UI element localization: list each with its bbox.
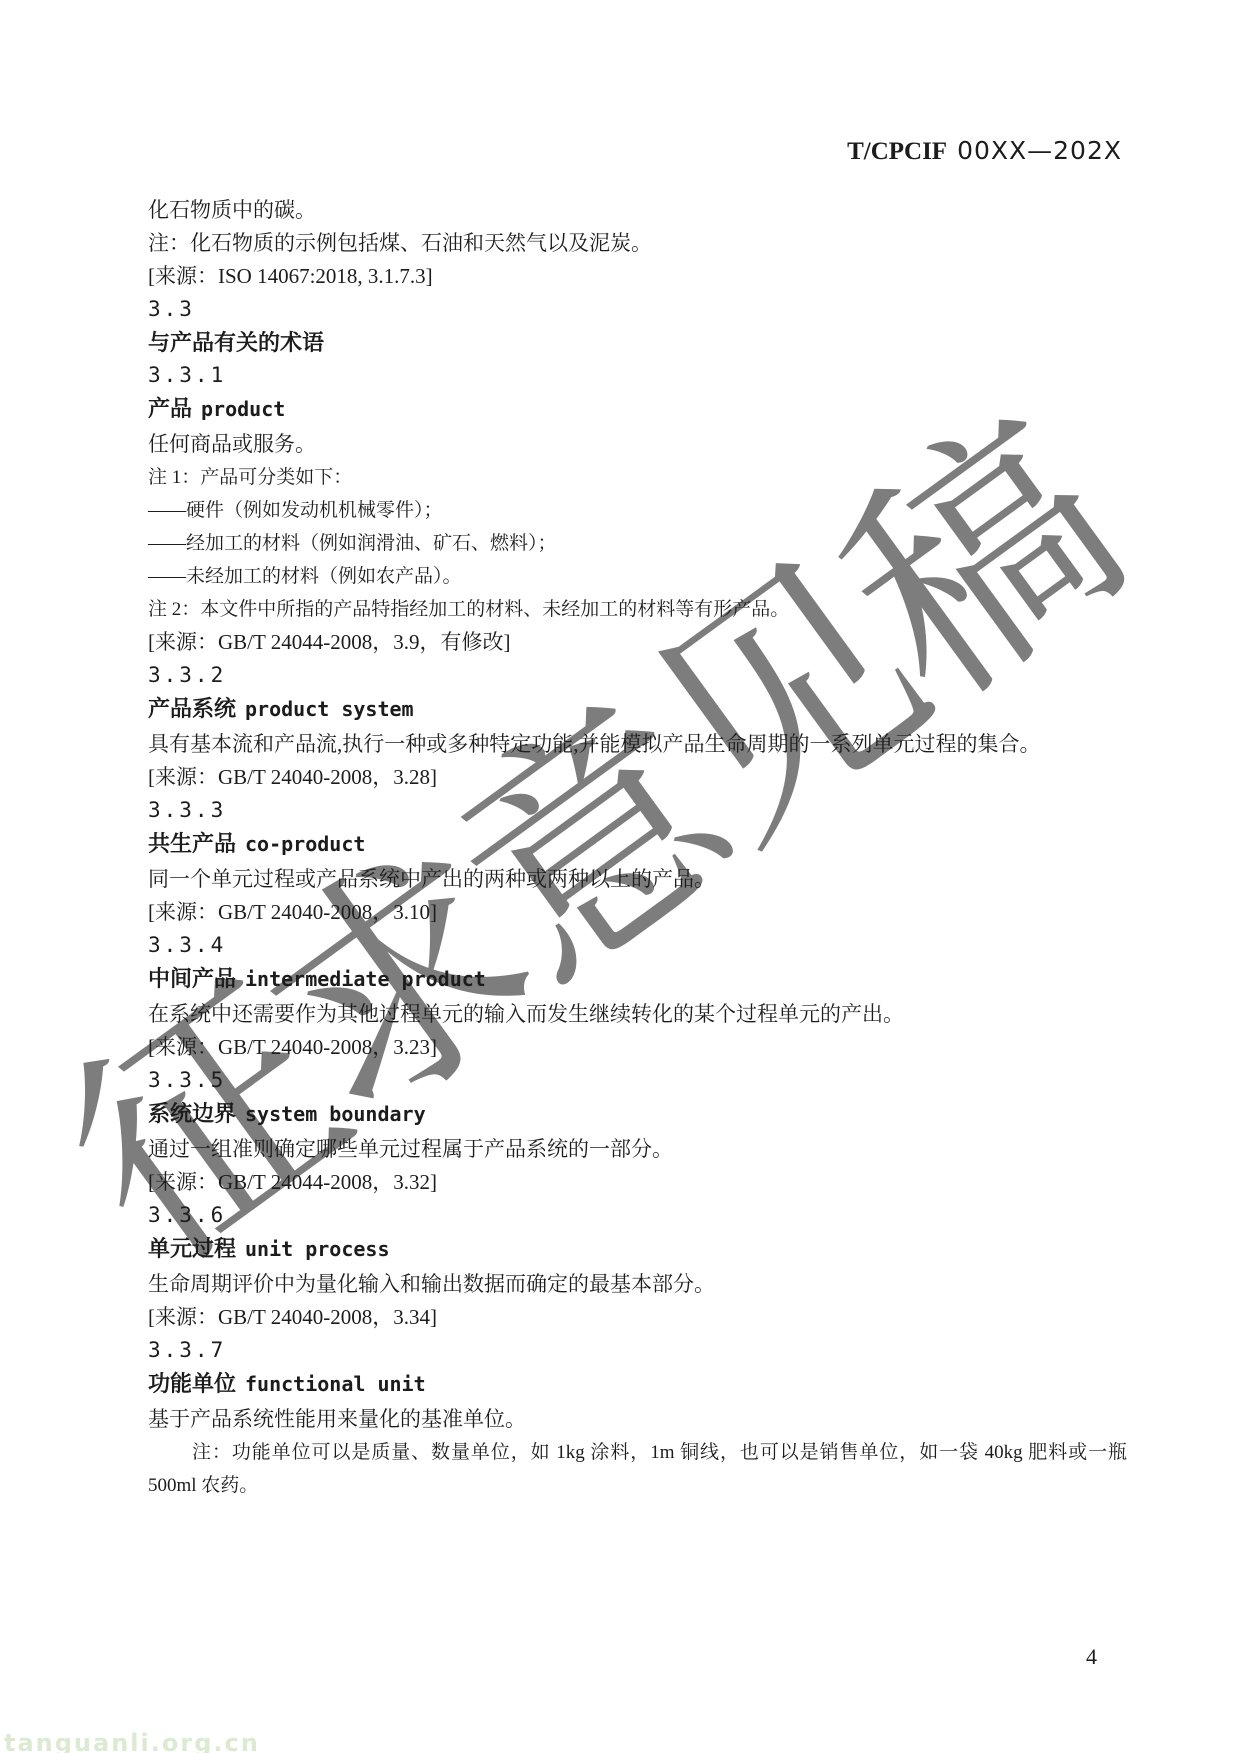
term-heading: 共生产品co-product bbox=[148, 827, 1127, 863]
term-zh: 产品系统 bbox=[148, 696, 236, 721]
term-definition: 通过一组准则确定哪些单元过程属于产品系统的一部分。 bbox=[148, 1133, 1127, 1166]
standard-number: 00XX—202X bbox=[957, 136, 1122, 165]
term-source: [来源：GB/T 24044-2008，3.32] bbox=[148, 1166, 1127, 1199]
term-number: 3.3.5 bbox=[148, 1064, 1127, 1097]
term-heading: 产品系统product system bbox=[148, 692, 1127, 728]
term-en: functional unit bbox=[245, 1372, 426, 1396]
term-definition: 在系统中还需要作为其他过程单元的输入而发生继续转化的某个过程单元的产出。 bbox=[148, 998, 1127, 1031]
term-note: 注：功能单位可以是质量、数量单位，如 1kg 涂料，1m 铜线，也可以是销售单位… bbox=[148, 1436, 1127, 1502]
term-en: product system bbox=[245, 697, 414, 721]
term-definition: 基于产品系统性能用来量化的基准单位。 bbox=[148, 1403, 1127, 1436]
intro-note: 注：化石物质的示例包括煤、石油和天然气以及泥炭。 bbox=[148, 227, 1127, 260]
term-note: 注 1：产品可分类如下： bbox=[148, 461, 1127, 494]
term-en: co-product bbox=[245, 832, 365, 856]
term-heading: 产品product bbox=[148, 392, 1127, 428]
term-definition: 生命周期评价中为量化输入和输出数据而确定的最基本部分。 bbox=[148, 1268, 1127, 1301]
standard-code: T/CPCIF bbox=[847, 138, 947, 165]
term-heading: 功能单位functional unit bbox=[148, 1367, 1127, 1403]
term-source: [来源：GB/T 24044-2008，3.9，有修改] bbox=[148, 626, 1127, 659]
document-body: 化石物质中的碳。 注：化石物质的示例包括煤、石油和天然气以及泥炭。 [来源：IS… bbox=[148, 194, 1127, 1502]
term-note-dash-item: ——经加工的材料（例如润滑油、矿石、燃料）； bbox=[148, 527, 1127, 560]
term-number: 3.3.7 bbox=[148, 1334, 1127, 1367]
term-heading: 中间产品intermediate product bbox=[148, 962, 1127, 998]
page-number: 4 bbox=[1086, 1644, 1097, 1670]
term-en: unit process bbox=[245, 1237, 390, 1261]
section-number: 3.3 bbox=[148, 293, 1127, 326]
term-source: [来源：GB/T 24040-2008，3.28] bbox=[148, 761, 1127, 794]
term-zh: 单元过程 bbox=[148, 1236, 236, 1261]
term-zh: 功能单位 bbox=[148, 1371, 236, 1396]
term-zh: 共生产品 bbox=[148, 831, 236, 856]
term-number: 3.3.3 bbox=[148, 794, 1127, 827]
term-zh: 产品 bbox=[148, 396, 192, 421]
section-title: 与产品有关的术语 bbox=[148, 326, 1127, 359]
term-en: product bbox=[201, 397, 285, 421]
term-note-dash-item: ——未经加工的材料（例如农产品）。 bbox=[148, 560, 1127, 593]
term-zh: 系统边界 bbox=[148, 1101, 236, 1126]
term-definition: 同一个单元过程或产品系统中产出的两种或两种以上的产品。 bbox=[148, 863, 1127, 896]
term-note: 注 2：本文件中所指的产品特指经加工的材料、未经加工的材料等有形产品。 bbox=[148, 593, 1127, 626]
term-number: 3.3.2 bbox=[148, 659, 1127, 692]
term-note-dash-item: ——硬件（例如发动机机械零件）； bbox=[148, 494, 1127, 527]
term-zh: 中间产品 bbox=[148, 966, 236, 991]
term-heading: 单元过程unit process bbox=[148, 1232, 1127, 1268]
term-source: [来源：GB/T 24040-2008，3.34] bbox=[148, 1301, 1127, 1334]
term-source: [来源：GB/T 24040-2008，3.23] bbox=[148, 1031, 1127, 1064]
term-number: 3.3.6 bbox=[148, 1199, 1127, 1232]
term-number: 3.3.4 bbox=[148, 929, 1127, 962]
running-header: T/CPCIF00XX—202X bbox=[847, 136, 1122, 166]
term-heading: 系统边界system boundary bbox=[148, 1097, 1127, 1133]
intro-source: [来源：ISO 14067:2018, 3.1.7.3] bbox=[148, 260, 1127, 293]
term-source: [来源：GB/T 24040-2008，3.10] bbox=[148, 896, 1127, 929]
term-en: intermediate product bbox=[245, 967, 486, 991]
intro-definition: 化石物质中的碳。 bbox=[148, 194, 1127, 227]
term-en: system boundary bbox=[245, 1102, 426, 1126]
document-page: 征求意见稿 T/CPCIF00XX—202X 化石物质中的碳。 注：化石物质的示… bbox=[0, 0, 1240, 1753]
term-definition: 任何商品或服务。 bbox=[148, 428, 1127, 461]
term-number: 3.3.1 bbox=[148, 359, 1127, 392]
term-definition: 具有基本流和产品流,执行一种或多种特定功能,并能模拟产品生命周期的一系列单元过程… bbox=[148, 728, 1127, 761]
site-watermark: tanguanli.org.cn bbox=[4, 1729, 260, 1753]
